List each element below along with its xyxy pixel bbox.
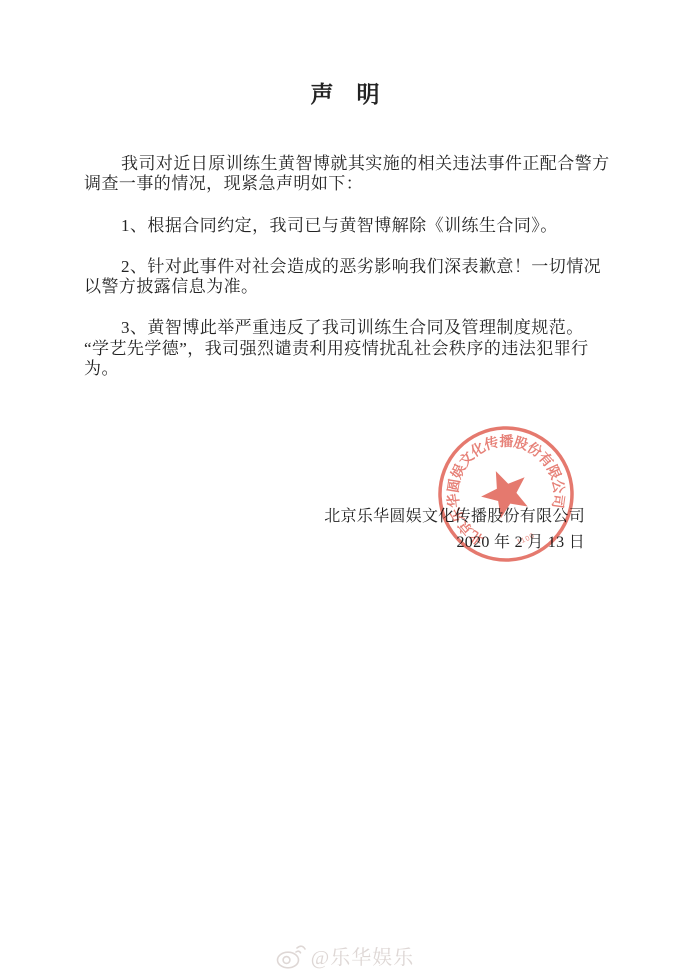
intro-paragraph: 我司对近日原训练生黄智博就其实施的相关违法事件正配合警方 调查一事的情况，现紧急… <box>84 154 611 195</box>
point-3-paragraph: 3、黄智博此举严重违反了我司训练生合同及管理制度规范。 “学艺先学德”，我司强烈… <box>84 318 611 379</box>
point-2-paragraph: 2、针对此事件对社会造成的恶劣影响我们深表歉意！一切情况 以警方披露信息为准。 <box>84 257 611 298</box>
seal-serial-number: 1100 <box>515 532 537 548</box>
company-seal: 北京乐华圆娱文化传播股份有限公司 1100 <box>421 409 591 579</box>
svg-text:播: 播 <box>499 433 513 450</box>
point-1-paragraph: 1、根据合同约定，我司已与黄智博解除《训练生合同》。 <box>84 216 611 236</box>
statement-page: 声 明 我司对近日原训练生黄智博就其实施的相关违法事件正配合警方 调查一事的情况… <box>0 0 690 976</box>
statement-title: 声 明 <box>0 81 690 108</box>
svg-text:华: 华 <box>445 493 464 509</box>
statement-body: 我司对近日原训练生黄智博就其实施的相关违法事件正配合警方 调查一事的情况，现紧急… <box>84 154 611 400</box>
weibo-icon <box>276 943 306 969</box>
watermark: @乐华娱乐 <box>0 941 690 970</box>
seal-star-icon <box>474 461 536 522</box>
svg-text:司: 司 <box>549 493 568 509</box>
watermark-handle: @乐华娱乐 <box>311 941 414 970</box>
